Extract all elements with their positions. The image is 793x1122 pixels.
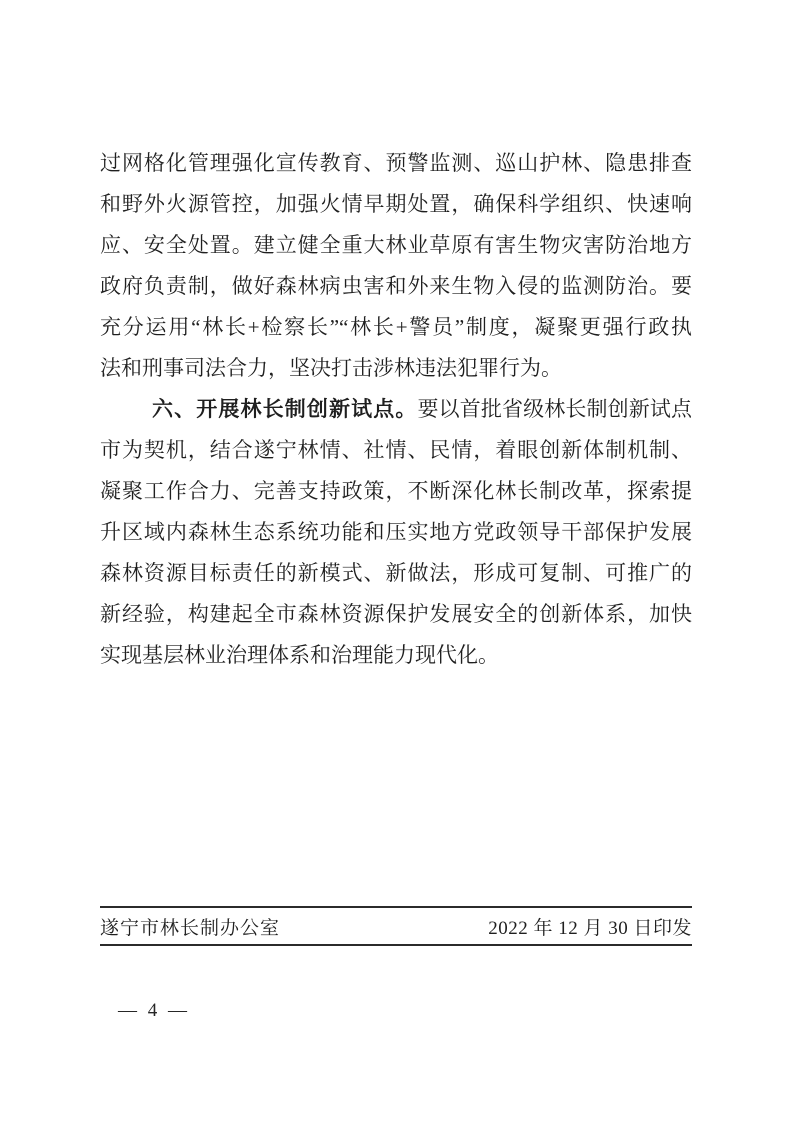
body-line-section-start: 六、开展林长制创新试点。要以首批省级林长制创新试点 — [100, 389, 692, 430]
body-line: 政府负责制，做好森林病虫害和外来生物入侵的监测防治。要 — [100, 266, 692, 307]
body-line: 应、安全处置。建立健全重大林业草原有害生物灾害防治地方 — [100, 225, 692, 266]
body-line: 市为契机，结合遂宁林情、社情、民情，着眼创新体制机制、 — [100, 430, 692, 471]
body-line: 充分运用“林长+检察长”“林长+警员”制度，凝聚更强行政执 — [100, 307, 692, 348]
body-line: 凝聚工作合力、完善支持政策，不断深化林长制改革，探索提 — [100, 471, 692, 512]
print-date: 2022 年 12 月 30 日印发 — [488, 913, 692, 940]
body-line: 升区域内森林生态系统功能和压实地方党政领导干部保护发展 — [100, 512, 692, 553]
body-line: 实现基层林业治理体系和治理能力现代化。 — [100, 635, 692, 676]
body-line: 新经验，构建起全市森林资源保护发展安全的创新体系，加快 — [100, 594, 692, 635]
issuing-office: 遂宁市林长制办公室 — [100, 913, 280, 940]
page-number: — 4 — — [118, 1000, 190, 1022]
colophon: 遂宁市林长制办公室 2022 年 12 月 30 日印发 — [100, 906, 692, 946]
section-heading: 六、开展林长制创新试点。 — [152, 397, 418, 421]
section-first-line-text: 要以首批省级林长制创新试点 — [418, 397, 693, 421]
body-line: 过网格化管理强化宣传教育、预警监测、巡山护林、隐患排查 — [100, 143, 692, 184]
body-line: 法和刑事司法合力，坚决打击涉林违法犯罪行为。 — [100, 348, 692, 389]
body-line: 森林资源目标责任的新模式、新做法，形成可复制、可推广的 — [100, 553, 692, 594]
document-page: 过网格化管理强化宣传教育、预警监测、巡山护林、隐患排查 和野外火源管控，加强火情… — [0, 0, 793, 1122]
body-line: 和野外火源管控，加强火情早期处置，确保科学组织、快速响 — [100, 184, 692, 225]
body-text-block: 过网格化管理强化宣传教育、预警监测、巡山护林、隐患排查 和野外火源管控，加强火情… — [100, 143, 692, 676]
